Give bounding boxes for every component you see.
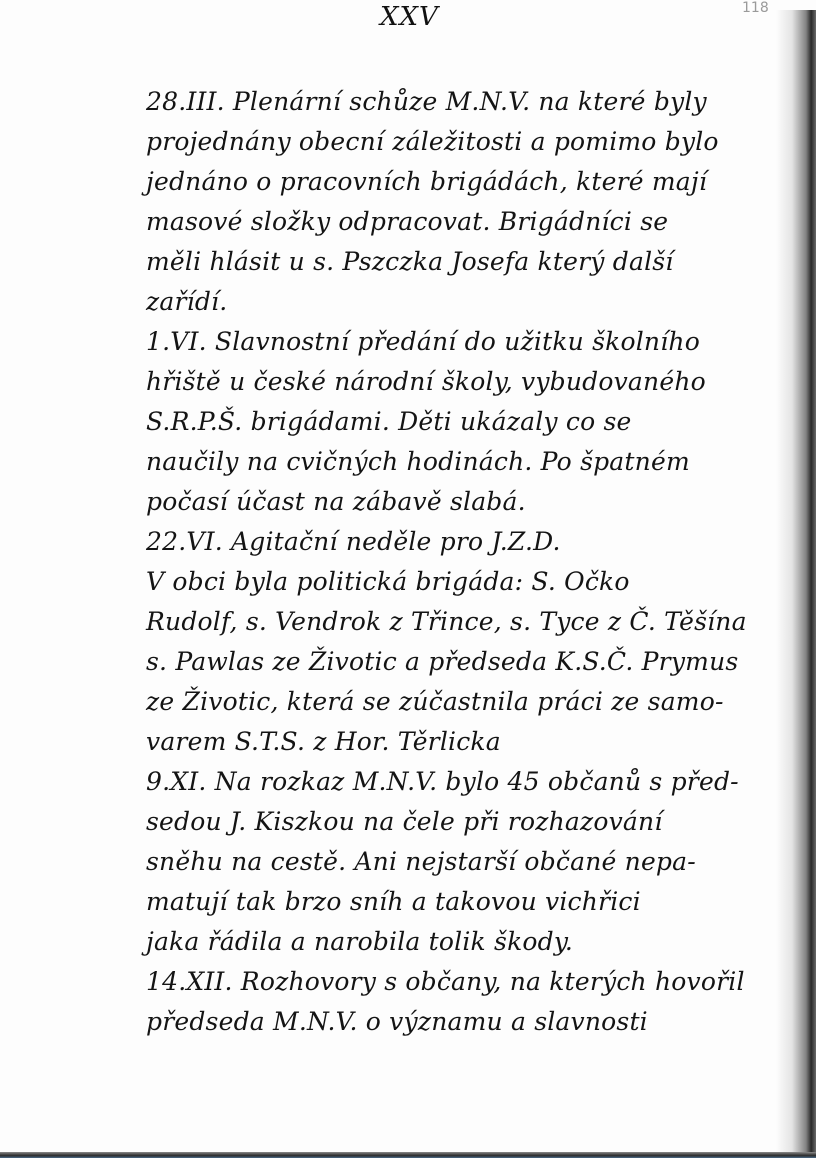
text-line: 22.VI. Agitační neděle pro J.Z.D. <box>146 522 746 562</box>
text-line: předseda M.N.V. o významu a slavnosti <box>146 1002 746 1042</box>
book-spine-shadow <box>776 10 816 1158</box>
handwritten-chronicle-text: 28.III. Plenární schůze M.N.V. na které … <box>146 82 746 1042</box>
text-line: počasí účast na zábavě slabá. <box>146 482 746 522</box>
text-line: 1.VI. Slavnostní předání do užitku školn… <box>146 322 746 362</box>
text-line: jaka řádila a narobila tolik škody. <box>146 922 746 962</box>
text-line: jednáno o pracovních brigádách, které ma… <box>146 162 746 202</box>
text-line: V obci byla politická brigáda: S. Očko <box>146 562 746 602</box>
text-line: matují tak brzo sníh a takovou vichřici <box>146 882 746 922</box>
text-line: masové složky odpracovat. Brigádníci se <box>146 202 746 242</box>
text-line: 14.XII. Rozhovory s občany, na kterých h… <box>146 962 746 1002</box>
text-line: S.R.P.Š. brigádami. Děti ukázaly co se <box>146 402 746 442</box>
text-line: hřiště u české národní školy, vybudované… <box>146 362 746 402</box>
text-line: zařídí. <box>146 282 746 322</box>
text-line: Rudolf, s. Vendrok z Třince, s. Tyce z Č… <box>146 602 746 642</box>
text-line: projednány obecní záležitosti a pomimo b… <box>146 122 746 162</box>
page-bottom-edge <box>0 1152 816 1158</box>
folio-number: 118 <box>742 0 769 16</box>
text-line: 28.III. Plenární schůze M.N.V. na které … <box>146 82 746 122</box>
text-line: měli hlásit u s. Pszczka Josefa který da… <box>146 242 746 282</box>
page-header-numeral: XXV <box>380 2 439 32</box>
text-line: ze Životic, která se zúčastnila práci ze… <box>146 682 746 722</box>
text-line: 9.XI. Na rozkaz M.N.V. bylo 45 občanů s … <box>146 762 746 802</box>
text-line: sedou J. Kiszkou na čele při rozhazování <box>146 802 746 842</box>
text-line: s. Pawlas ze Životic a předseda K.S.Č. P… <box>146 642 746 682</box>
text-line: varem S.T.S. z Hor. Těrlicka <box>146 722 746 762</box>
scanned-page: XXV 118 28.III. Plenární schůze M.N.V. n… <box>0 0 816 1158</box>
text-line: sněhu na cestě. Ani nejstarší občané nep… <box>146 842 746 882</box>
text-line: naučily na cvičných hodinách. Po špatném <box>146 442 746 482</box>
